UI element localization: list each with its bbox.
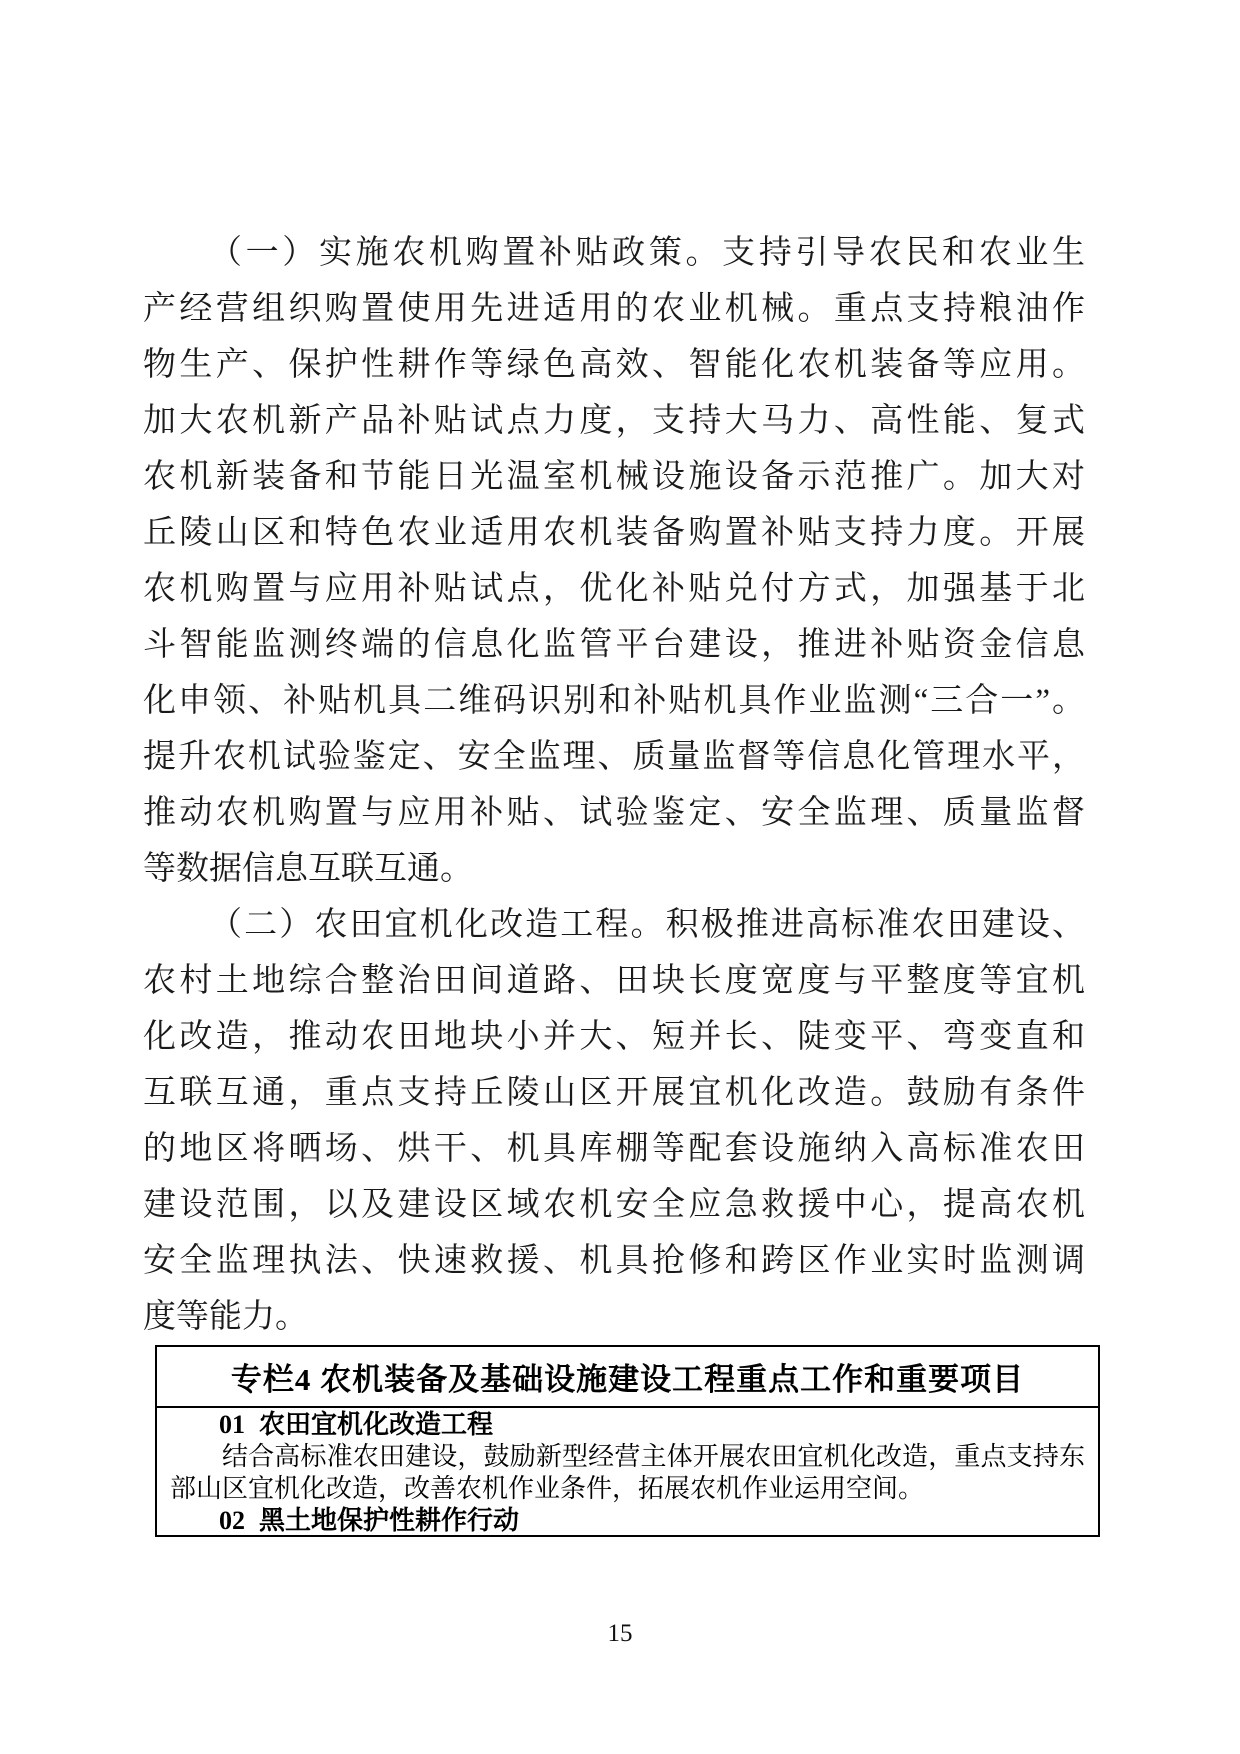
paragraph-2-line: 互联互通，重点支持丘陵山区开展宜机化改造。鼓励有条件: [143, 1065, 1085, 1121]
box-item-2-heading: 02黑土地保护性耕作行动: [170, 1505, 1085, 1537]
paragraph-1-line: 农机新装备和节能日光温室机械设施设备示范推广。加大对: [143, 449, 1085, 505]
column-4-box: 专栏4 农机装备及基础设施建设工程重点工作和重要项目 01农田宜机化改造工程 结…: [155, 1345, 1100, 1537]
paragraph-1-line: 化申领、补贴机具二维码识别和补贴机具作业监测“三合一”。: [143, 673, 1085, 729]
paragraph-2-line: （二）农田宜机化改造工程。积极推进高标准农田建设、: [143, 897, 1085, 953]
box-item-1-number: 01: [219, 1410, 245, 1439]
paragraph-2-line: 度等能力。: [143, 1289, 1085, 1345]
paragraph-1-line: 斗智能监测终端的信息化监管平台建设，推进补贴资金信息: [143, 617, 1085, 673]
paragraph-2-line: 的地区将晒场、烘干、机具库棚等配套设施纳入高标准农田: [143, 1121, 1085, 1177]
box-item-2-heading-text: 黑土地保护性耕作行动: [259, 1506, 519, 1535]
paragraph-1-line: 加大农机新产品补贴试点力度，支持大马力、高性能、复式: [143, 393, 1085, 449]
paragraph-1-line: 丘陵山区和特色农业适用农机装备购置补贴支持力度。开展: [143, 505, 1085, 561]
paragraph-2-line: 农村土地综合整治田间道路、田块长度宽度与平整度等宜机: [143, 953, 1085, 1009]
box-item-1-heading-text: 农田宜机化改造工程: [259, 1410, 493, 1439]
column-4-title: 专栏4 农机装备及基础设施建设工程重点工作和重要项目: [157, 1347, 1098, 1408]
box-item-2-number: 02: [219, 1506, 245, 1535]
paragraph-1-line: （一）实施农机购置补贴政策。支持引导农民和农业生: [143, 225, 1085, 281]
paragraph-2-line: 安全监理执法、快速救援、机具抢修和跨区作业实时监测调: [143, 1233, 1085, 1289]
column-4-body: 01农田宜机化改造工程 结合高标准农田建设，鼓励新型经营主体开展农田宜机化改造，…: [157, 1408, 1098, 1537]
paragraph-1-line: 物生产、保护性耕作等绿色高效、智能化农机装备等应用。: [143, 337, 1085, 393]
page-number: 15: [0, 1620, 1240, 1648]
paragraph-1-line: 提升农机试验鉴定、安全监理、质量监督等信息化管理水平，: [143, 729, 1085, 785]
paragraph-1-line: 农机购置与应用补贴试点，优化补贴兑付方式，加强基于北: [143, 561, 1085, 617]
paragraph-1-line: 产经营组织购置使用先进适用的农业机械。重点支持粮油作: [143, 281, 1085, 337]
body-text-column: （一）实施农机购置补贴政策。支持引导农民和农业生 产经营组织购置使用先进适用的农…: [143, 225, 1085, 1345]
paragraph-2-line: 建设范围，以及建设区域农机安全应急救援中心，提高农机: [143, 1177, 1085, 1233]
box-item-1-text: 结合高标准农田建设，鼓励新型经营主体开展农田宜机化改造，重点支持东部山区宜机化改…: [170, 1441, 1085, 1505]
document-page: （一）实施农机购置补贴政策。支持引导农民和农业生 产经营组织购置使用先进适用的农…: [0, 0, 1240, 1754]
paragraph-1-line: 推动农机购置与应用补贴、试验鉴定、安全监理、质量监督: [143, 785, 1085, 841]
box-item-1-heading: 01农田宜机化改造工程: [170, 1409, 1085, 1441]
paragraph-1-line: 等数据信息互联互通。: [143, 841, 1085, 897]
paragraph-2-line: 化改造，推动农田地块小并大、短并长、陡变平、弯变直和: [143, 1009, 1085, 1065]
